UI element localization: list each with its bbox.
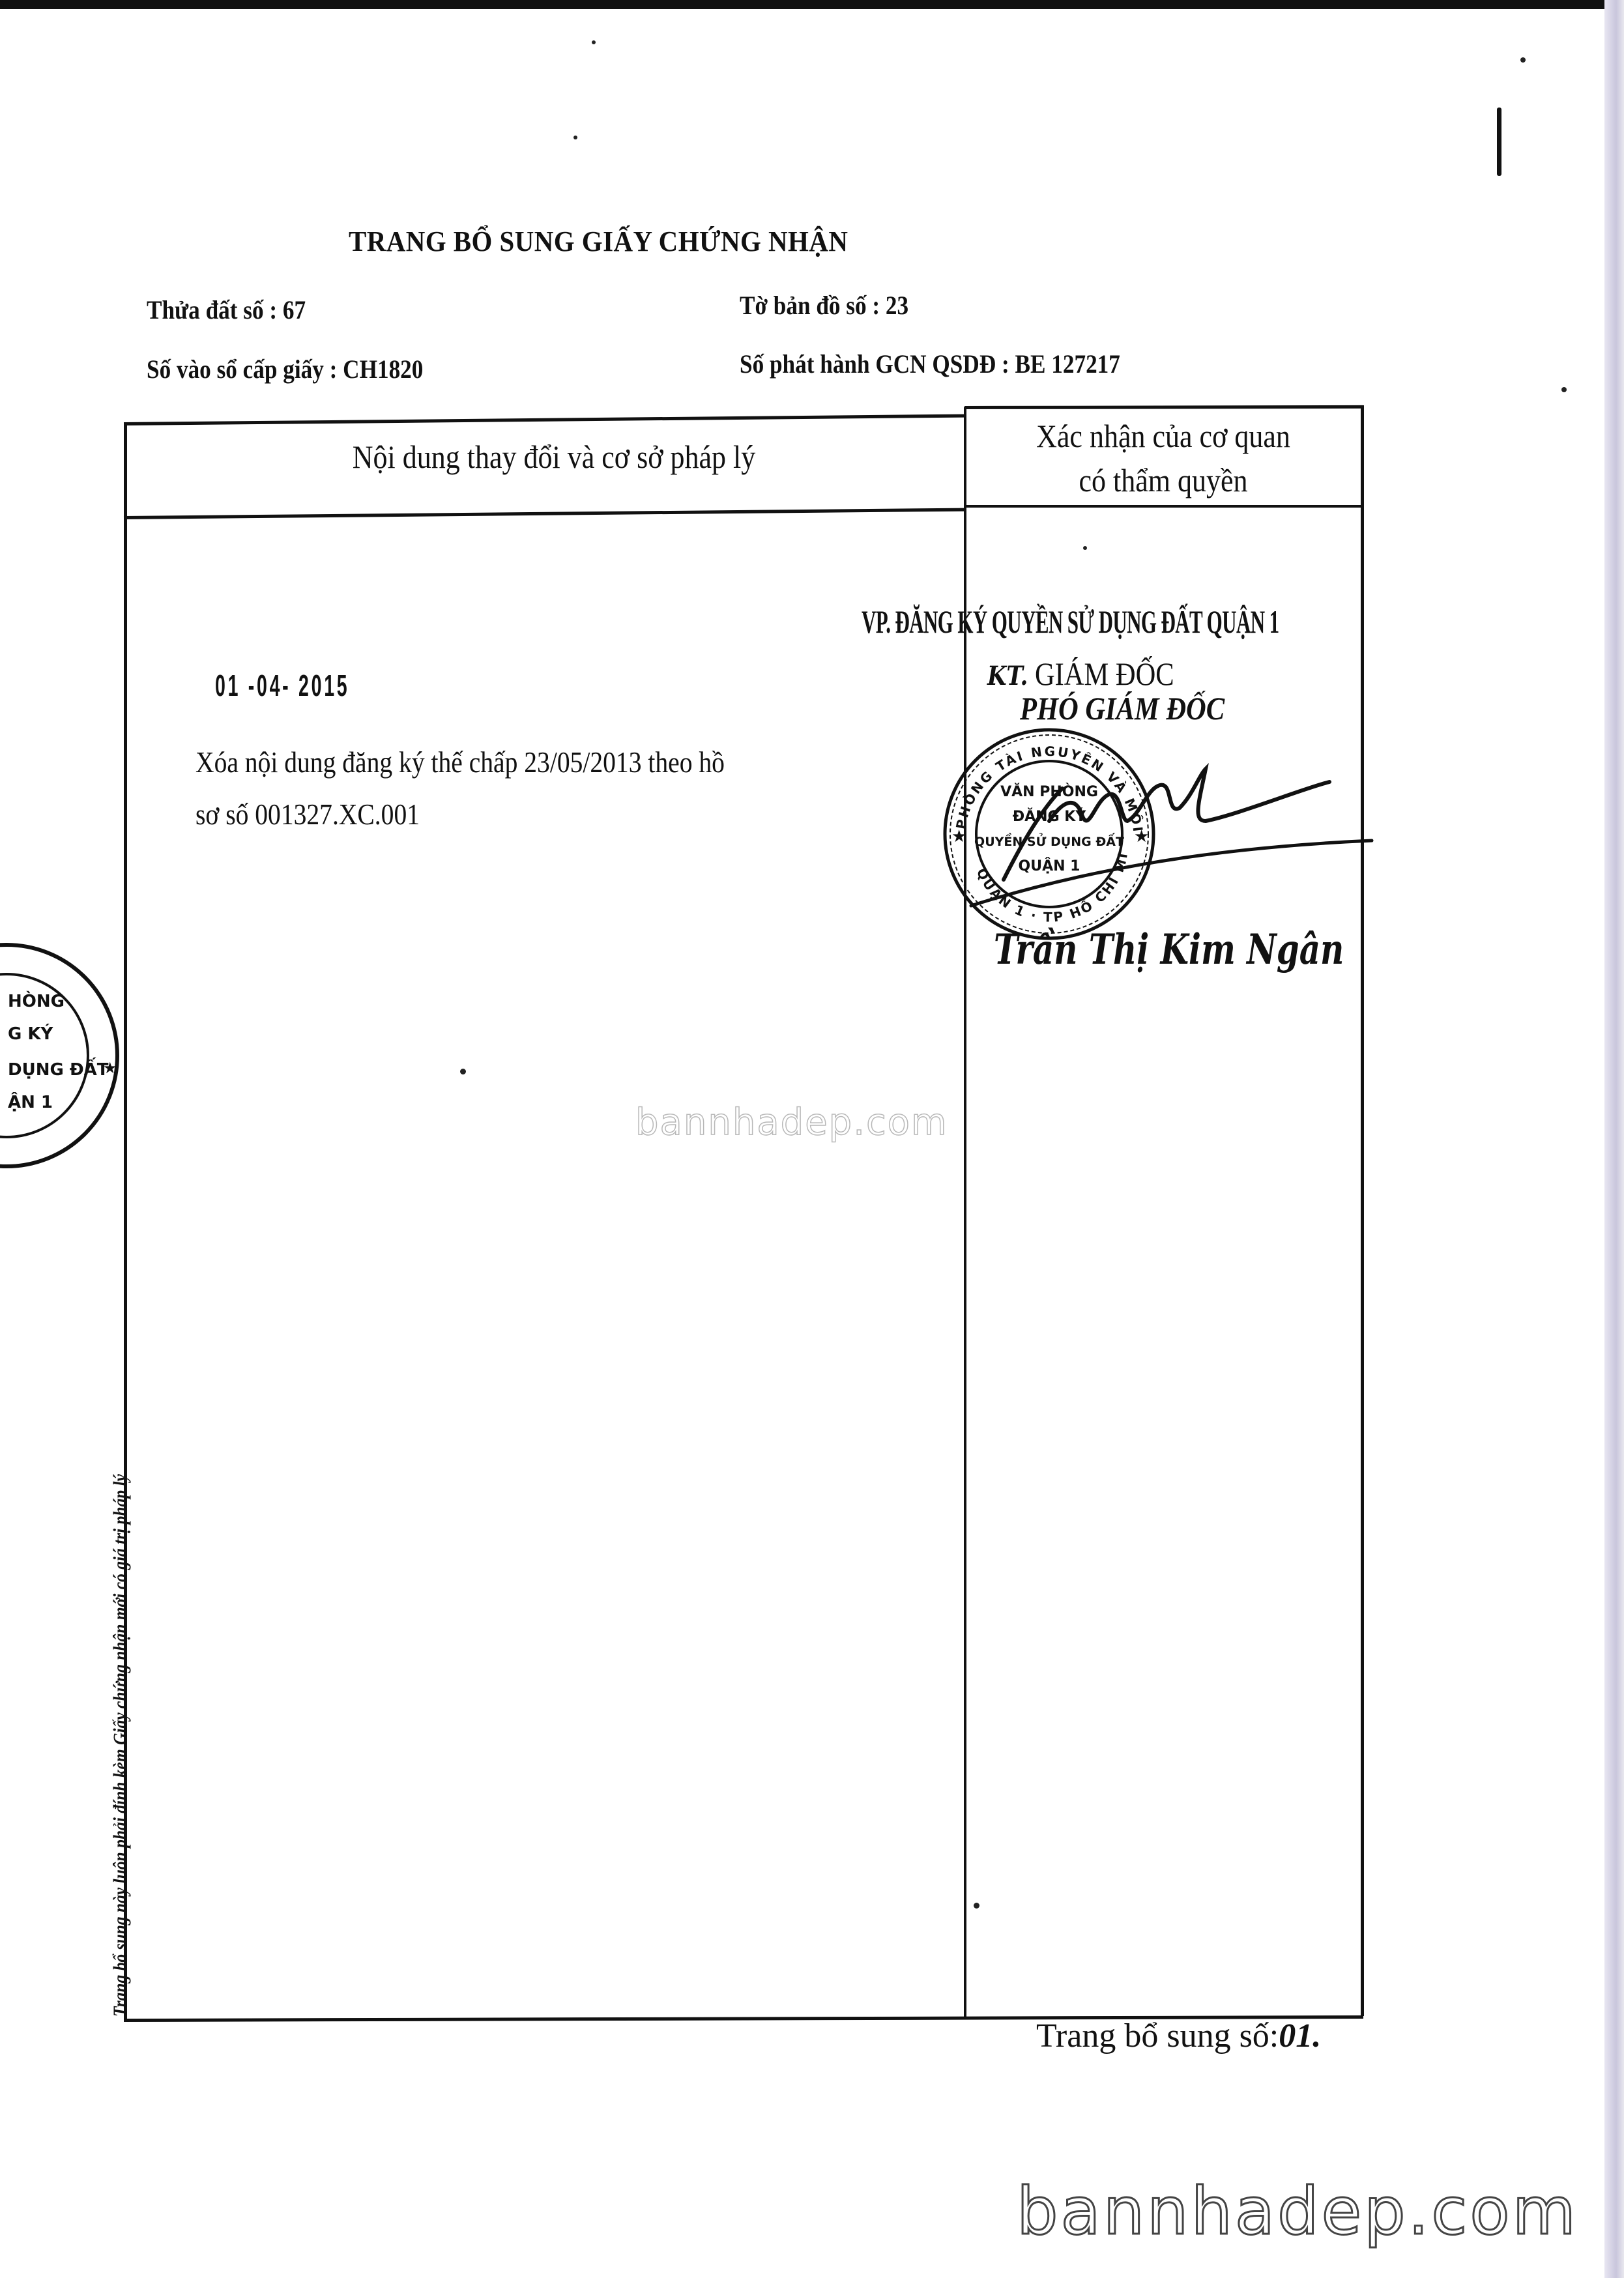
scan-speck — [1520, 57, 1526, 63]
certificate-issue-number: Số phát hành GCN QSDĐ : BE 127217 — [740, 349, 1120, 379]
left-seal-line2: G KÝ — [8, 1023, 54, 1044]
entry-content-line2: sơ số 001327.XC.001 — [196, 788, 420, 841]
scan-top-edge — [0, 0, 1624, 9]
signer-name: Trần Thị Kim Ngân — [994, 925, 1344, 974]
table-top-border-left — [124, 414, 964, 425]
table-header-divider-right — [964, 505, 1363, 508]
position-title: KT. GIÁM ĐỐC — [987, 655, 1174, 693]
signature — [964, 749, 1382, 919]
left-seal-line4: ẬN 1 — [8, 1091, 53, 1112]
watermark-center: bannhadep.com — [635, 1101, 948, 1144]
column-header-changes: Nội dung thay đổi và cơ sở pháp lý — [296, 438, 812, 476]
scan-speck — [1083, 546, 1087, 550]
position-prefix: KT. — [987, 661, 1028, 691]
table-right-border — [1361, 405, 1364, 2016]
issue-no-value: BE 127217 — [1015, 349, 1120, 379]
table-header-divider-left — [124, 508, 964, 519]
register-value: CH1820 — [343, 354, 423, 384]
map-sheet-value: 23 — [886, 291, 908, 320]
parcel-number: Thửa đất số : 67 — [147, 295, 306, 325]
table-top-border-right — [964, 405, 1363, 409]
map-sheet-label: Tờ bản đồ số : — [740, 291, 880, 320]
entry-content-line1: Xóa nội dung đăng ký thế chấp 23/05/2013… — [196, 736, 725, 788]
left-seal-line1: HÒNG — [8, 990, 65, 1011]
scan-speck — [592, 40, 596, 44]
scan-mark — [1497, 108, 1501, 176]
column-header-certification-line1: Xác nhận của cơ quan — [1000, 417, 1327, 455]
registration-office-name: VP. ĐĂNG KÝ QUYỀN SỬ DỤNG ĐẤT QUẬN 1 — [862, 603, 1279, 641]
supplement-label: Trang bổ sung số: — [1036, 2017, 1279, 2055]
document-title: TRANG BỔ SUNG GIẤY CHỨNG NHẬN — [349, 225, 848, 258]
column-header-certification-line2: có thẩm quyền — [1000, 461, 1327, 499]
left-partial-seal: ★ HÒNG G KÝ DỤNG ĐẤT ẬN 1 — [0, 935, 130, 1176]
watermark-bottom: bannhadep.com — [1017, 2173, 1578, 2249]
supplement-page-number: Trang bổ sung số:01. — [1036, 2017, 1321, 2055]
register-label: Số vào sổ cấp giấy : — [147, 354, 337, 384]
issue-no-label: Số phát hành GCN QSDĐ : — [740, 349, 1009, 379]
scan-speck — [460, 1069, 466, 1074]
table-column-divider — [964, 407, 966, 2017]
scan-speck — [974, 1903, 979, 1909]
side-note: Trang bổ sung này luôn phải đính kèm Giấ… — [109, 1474, 132, 2017]
scan-speck — [573, 136, 577, 139]
position-name: GIÁM ĐỐC — [1035, 656, 1174, 692]
scan-page-edge — [1604, 0, 1624, 2278]
scan-speck — [1561, 387, 1567, 392]
map-sheet-number: Tờ bản đồ số : 23 — [740, 290, 908, 321]
left-seal-line3: DỤNG ĐẤT — [8, 1056, 109, 1080]
parcel-label: Thửa đất số : — [147, 295, 277, 324]
date-stamp: 01 -04- 2015 — [215, 668, 349, 703]
register-number: Số vào sổ cấp giấy : CH1820 — [147, 354, 423, 384]
supplement-number: 01. — [1279, 2017, 1321, 2055]
parcel-value: 67 — [283, 295, 306, 324]
